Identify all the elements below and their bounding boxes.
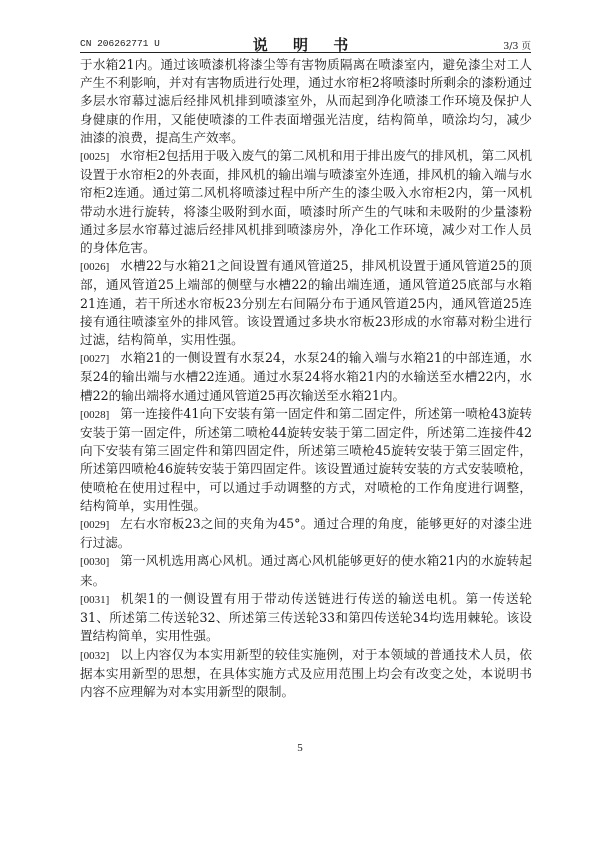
paragraph-text: 水帘柜2包括用于吸入废气的第二风机和用于排出废气的排风机，第二风机设置于水帘柜2…: [80, 148, 532, 255]
paragraph-0027: [0027]水箱21的一侧设置有水泵24，水泵24的输入端与水箱21的中部连通，…: [80, 349, 532, 405]
paragraph-number: [0029]: [80, 516, 120, 534]
paragraph-text: 水箱21的一侧设置有水泵24，水泵24的输入端与水箱21的中部连通，水泵24的输…: [80, 350, 532, 402]
paragraph-number: [0025]: [80, 148, 120, 166]
paragraph-text: 第一风机选用离心风机。通过离心风机能够更好的使水箱21内的水旋转起来。: [80, 553, 532, 587]
page-header: CN 206262771 U 说 明 书 3/3 页: [80, 38, 531, 53]
paragraph-0025: [0025]水帘柜2包括用于吸入废气的第二风机和用于排出废气的排风机，第二风机设…: [80, 147, 532, 257]
paragraph-continued: 于水箱21内。通过该喷漆机将漆尘等有害物质隔离在喷漆室内，避免漆尘对工人产生不利…: [80, 56, 532, 147]
paragraph-text: 水槽22与水箱21之间设置有通风管道25，排风机设置于通风管道25的顶部，通风管…: [80, 258, 532, 347]
paragraph-text: 以上内容仅为本实用新型的较佳实施例，对于本领域的普通技术人员，依据本实用新型的思…: [80, 647, 532, 699]
paragraph-number: [0026]: [80, 258, 120, 276]
paragraph-0030: [0030]第一风机选用离心风机。通过离心风机能够更好的使水箱21内的水旋转起来…: [80, 552, 532, 589]
paragraph-text: 于水箱21内。通过该喷漆机将漆尘等有害物质隔离在喷漆室内，避免漆尘对工人产生不利…: [80, 57, 532, 145]
paragraph-0032: [0032]以上内容仅为本实用新型的较佳实施例，对于本领域的普通技术人员，依据本…: [80, 646, 532, 702]
paragraph-text: 左右水帘板23之间的夹角为45°。通过合理的角度，能够更好的对漆尘进行过滤。: [80, 516, 532, 550]
paragraph-number: [0028]: [80, 406, 120, 424]
paragraph-0031: [0031]机架1的一侧设置有用于带动传送链进行传送的输送电机。第一传送轮31、…: [80, 590, 532, 646]
paragraph-number: [0032]: [80, 647, 120, 665]
paragraph-number: [0030]: [80, 553, 120, 571]
paragraph-text: 机架1的一侧设置有用于带动传送链进行传送的输送电机。第一传送轮31、所述第二传送…: [80, 591, 532, 643]
page-indicator: 3/3 页: [503, 38, 531, 52]
page-number: 5: [0, 742, 600, 754]
paragraph-0026: [0026]水槽22与水箱21之间设置有通风管道25，排风机设置于通风管道25的…: [80, 257, 532, 349]
paragraph-number: [0027]: [80, 350, 120, 368]
paragraph-0028: [0028]第一连接件41向下安装有第一固定件和第二固定件，所述第一喷枪43旋转…: [80, 405, 532, 515]
paragraph-0029: [0029]左右水帘板23之间的夹角为45°。通过合理的角度，能够更好的对漆尘进…: [80, 515, 532, 552]
paragraph-text: 第一连接件41向下安装有第一固定件和第二固定件，所述第一喷枪43旋转安装于第一固…: [80, 406, 532, 513]
document-body: 于水箱21内。通过该喷漆机将漆尘等有害物质隔离在喷漆室内，避免漆尘对工人产生不利…: [80, 56, 532, 701]
document-title: 说 明 书: [80, 34, 531, 55]
paragraph-number: [0031]: [80, 591, 120, 609]
